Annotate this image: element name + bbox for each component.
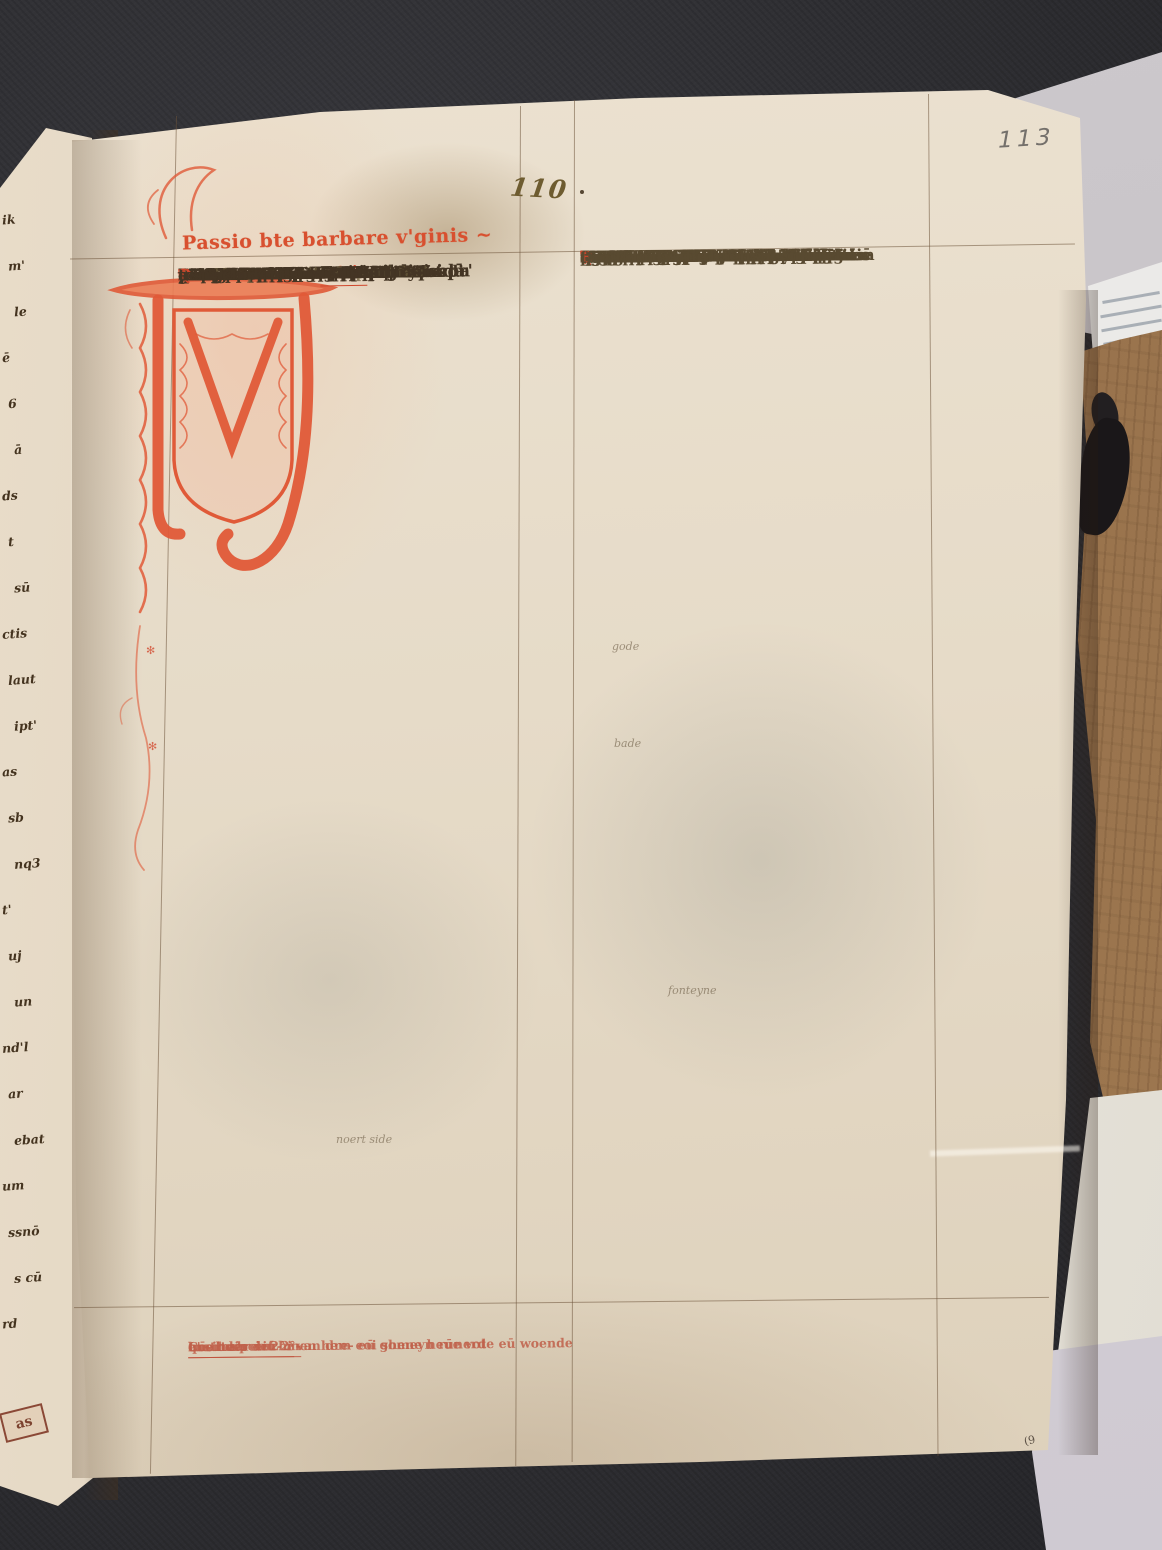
stack-marginalia-fragment: t' — [1, 902, 12, 918]
text-segment: ffigit' fortis — [580, 245, 678, 270]
stack-marginalia-fragment: rd — [1, 1315, 17, 1331]
stack-marginalia-fragment: ds — [1, 487, 18, 503]
ink-dot — [580, 190, 584, 194]
stack-marginalia-fragment: ipt' — [14, 717, 38, 734]
stack-marginalia-fragment: um — [2, 1177, 25, 1194]
stack-marginalia-fragment: nd'l — [2, 1039, 29, 1056]
stack-marginalia-fragment: sb — [7, 809, 24, 825]
folio-number-pencil: 113 — [995, 124, 1056, 154]
stack-marginalia-fragment: ik — [1, 212, 15, 228]
stack-marginalia-fragment: m' — [7, 257, 25, 273]
printed-label-lines — [1101, 319, 1162, 332]
stack-marginalia-fragment: uj — [7, 948, 22, 964]
stack-marginalia-fragment: as — [1, 763, 17, 779]
stack-marginalia-fragment: ā — [13, 442, 22, 458]
stack-marginalia-fragment: nq3 — [14, 855, 42, 872]
corner-mark: (9 — [1023, 1433, 1037, 1448]
stack-marginalia-fragment: t — [7, 534, 14, 549]
stack-marginalia-fragment: le — [13, 304, 27, 320]
margin-mark: ✻ — [146, 644, 155, 657]
manuscript-photo: ikm'leē6ādstsūctislautipt'assbnq3t'ujunn… — [0, 0, 1162, 1550]
printed-label-lines — [1100, 305, 1161, 318]
margin-mark: ✻ — [148, 740, 157, 753]
stack-marginalia-fragment: ar — [7, 1086, 23, 1102]
page-edge-shadow — [1058, 290, 1098, 1455]
stack-marginalia-fragment: un — [13, 993, 32, 1009]
stack-marginalia-fragment: sū — [13, 579, 30, 595]
stack-marginalia-fragment: laut — [8, 671, 37, 688]
stack-marginalia-fragment: s cū — [14, 1269, 43, 1286]
text-segment: te michi fenestrari triā ip'i v'o — [178, 260, 433, 288]
page-number-ink: 110 — [506, 172, 573, 204]
stack-marginalia-fragment: ebat — [14, 1131, 46, 1148]
stack-marginalia-fragment: 6 — [7, 396, 17, 412]
printed-label-lines — [1102, 291, 1160, 304]
stack-marginalia-fragment: ē — [1, 350, 10, 366]
stack-marginalia-fragment: ctis — [2, 625, 28, 642]
margin-gloss-segment: Instituar eiū 2°- — [188, 1335, 301, 1358]
stack-marginalia-fragment: ssnō — [8, 1223, 40, 1240]
